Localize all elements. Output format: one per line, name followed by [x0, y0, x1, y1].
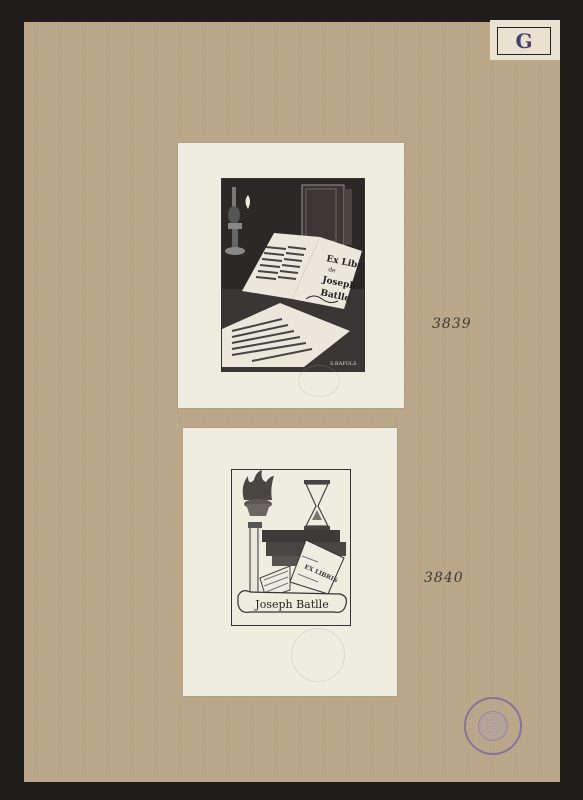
artist-signature: S.RAFOLS [330, 361, 357, 367]
scroll-banner-icon: Joseph Batlle [238, 591, 346, 613]
banner-owner-name: Joseph Batlle [254, 598, 328, 611]
bookplate-2-illustration: EX LIBRIS Joseph Batlle [231, 469, 351, 626]
bookplate-1-illustration: Ex Libris de Joseph Batlle S.RAFOLS [221, 178, 365, 372]
blind-stamp-mark [291, 628, 345, 682]
inventory-number-3840: 3840 [424, 570, 464, 586]
category-letter: G [515, 29, 532, 53]
hourglass-icon [304, 480, 330, 530]
candle-icon [225, 187, 250, 255]
collection-seal-stamp [464, 697, 522, 755]
seal-emblem-icon [478, 711, 508, 741]
closed-book-icon [302, 185, 352, 245]
blind-stamp-mark [298, 365, 340, 397]
bookplate-card-2: EX LIBRIS Joseph Batlle [183, 428, 397, 696]
category-label: G [490, 20, 560, 60]
category-label-box: G [497, 27, 551, 55]
inventory-number-3839: 3839 [432, 316, 472, 332]
bookplate-card-1: Ex Libris de Joseph Batlle S.RAFOLS [178, 143, 404, 408]
